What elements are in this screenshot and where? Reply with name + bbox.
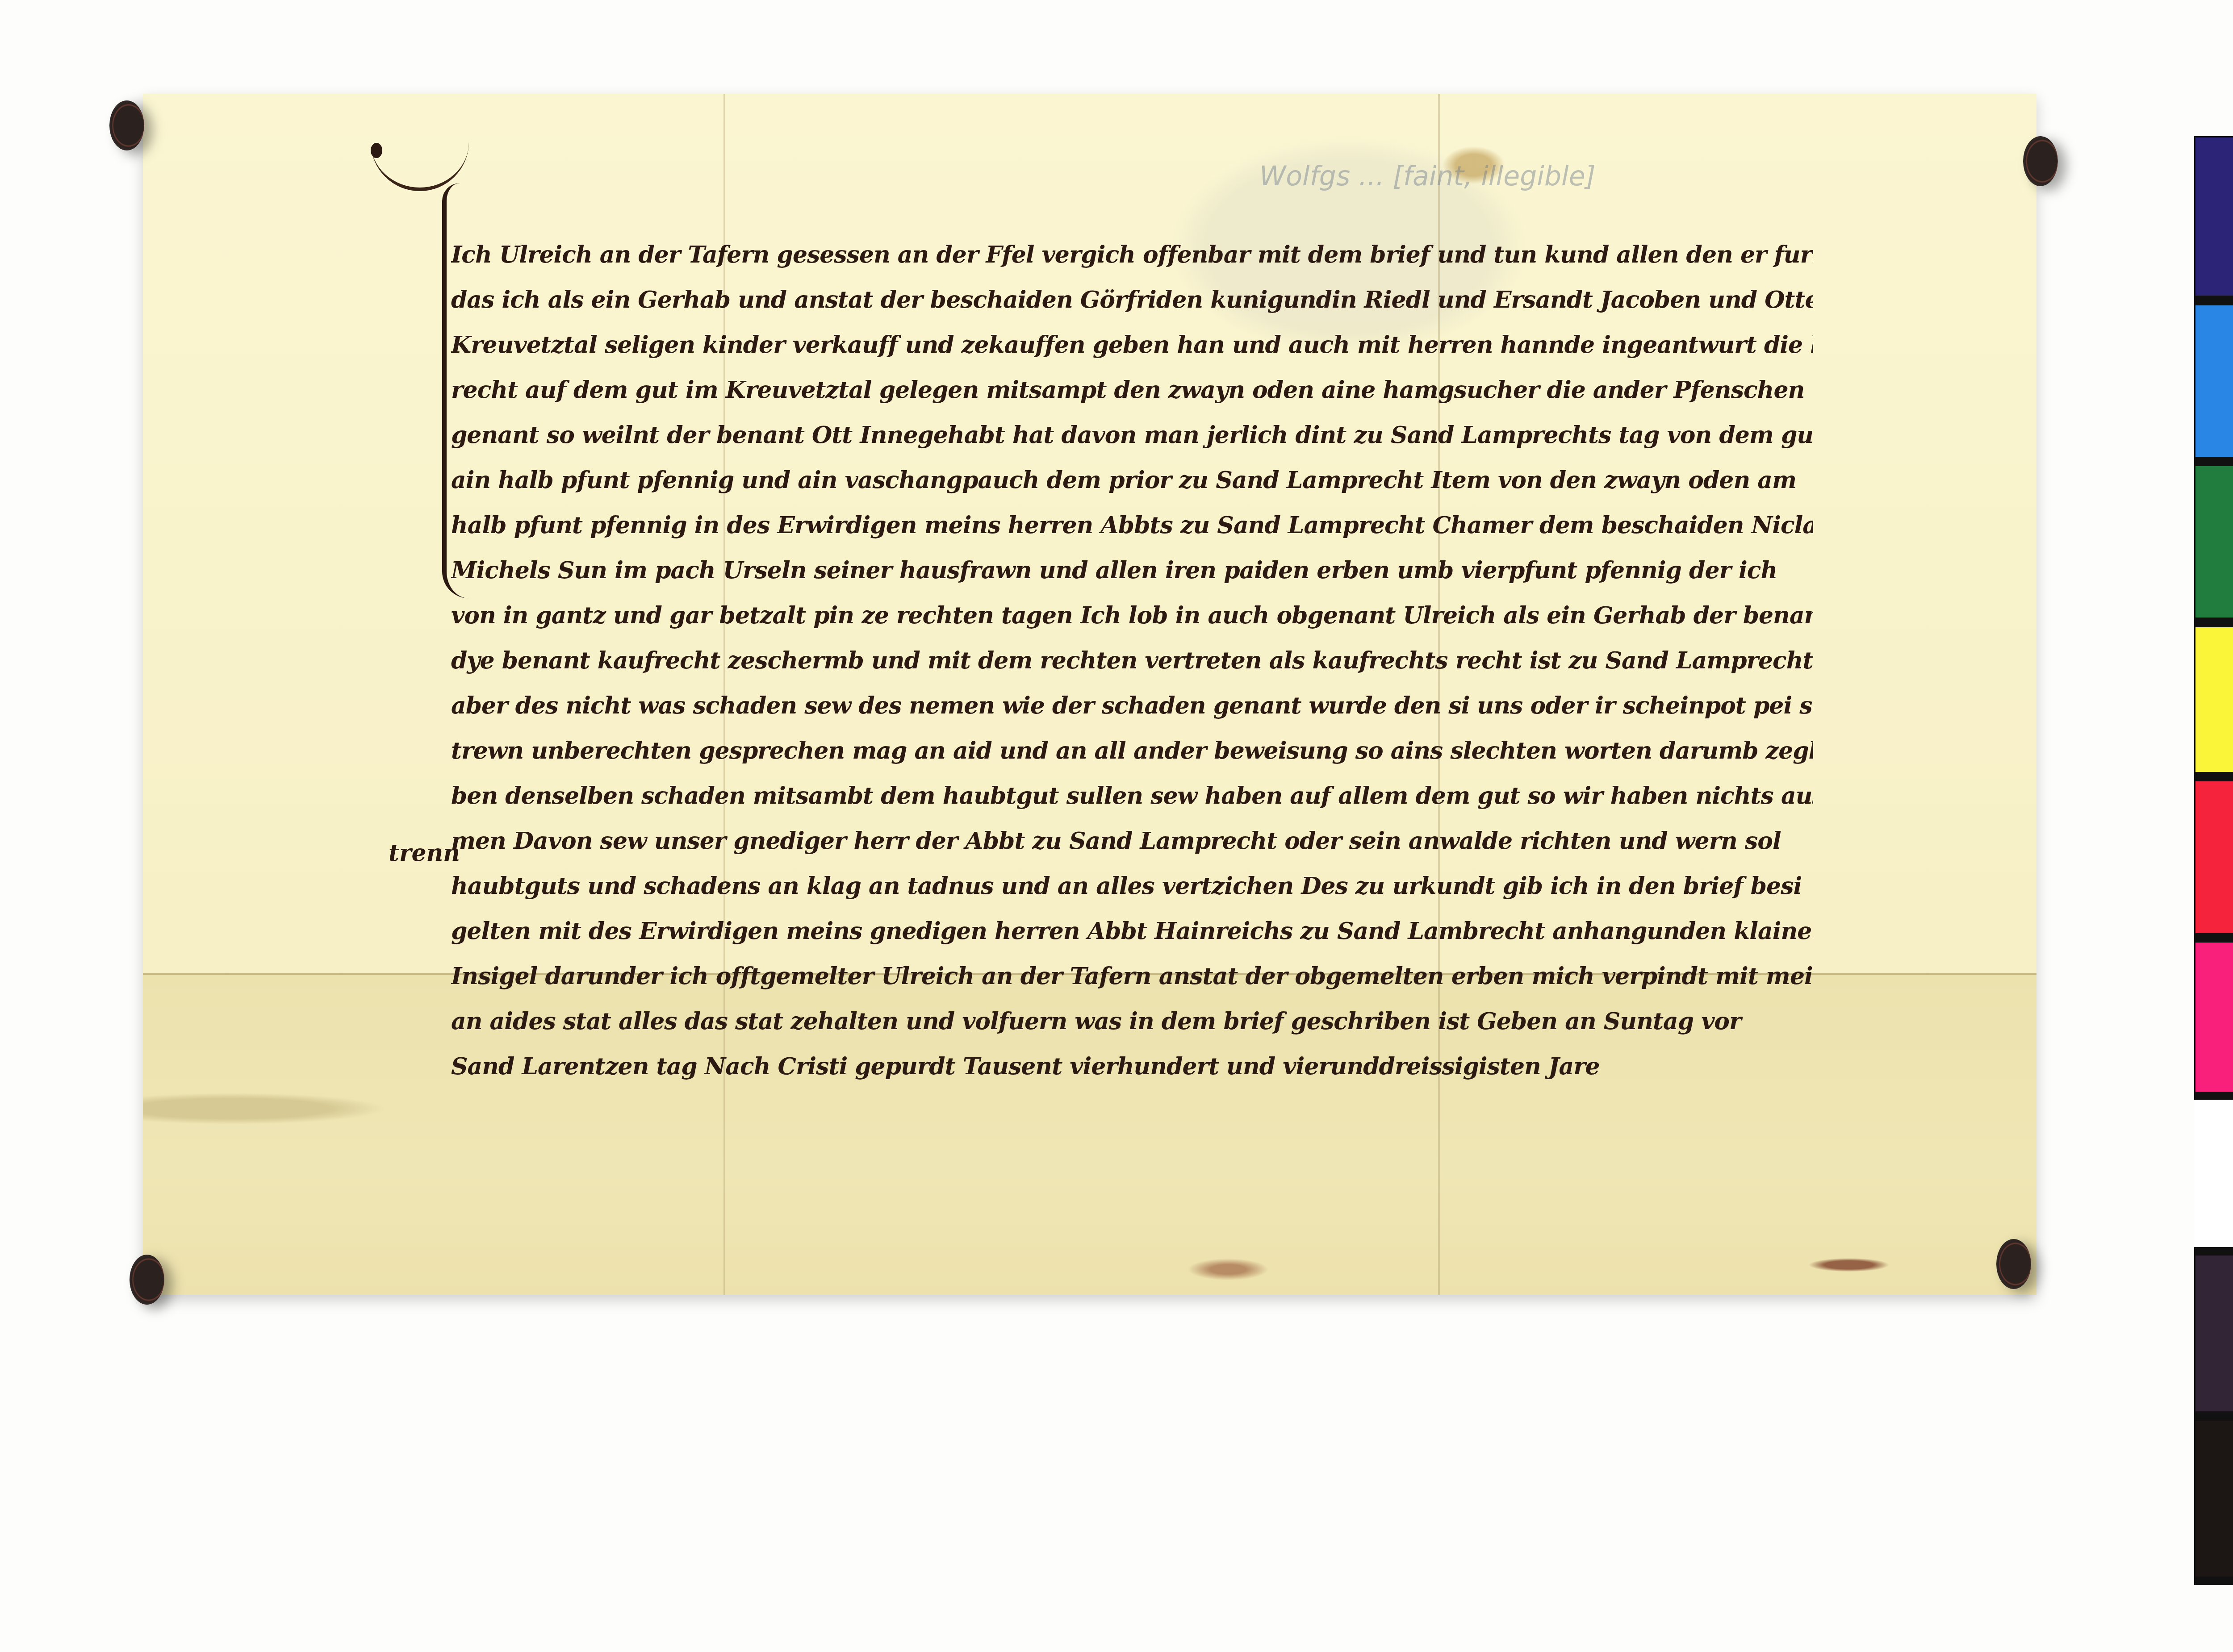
margin-word: trenn: [389, 839, 460, 867]
text-line: haubtguts und schadens an klag an tadnus…: [451, 864, 1813, 909]
swatch-red-dark: [2194, 780, 2233, 934]
text-line: von in gantz und gar betzalt pin ze rech…: [451, 593, 1813, 638]
text-line: das ich als ein Gerhab und anstat der be…: [451, 277, 1813, 322]
color-calibration-chart: Blue Cyan Green Yellow Red Magenta White…: [2194, 136, 2233, 1587]
swatch-green-dark: [2194, 465, 2233, 619]
swatch-3color-dark: [2194, 1254, 2233, 1413]
text-line: Insigel darunder ich offtgemelter Ulreic…: [451, 954, 1813, 999]
text-line: trewn unberechten gesprechen mag an aid …: [451, 728, 1813, 773]
text-line: men Davon sew unser gnediger herr der Ab…: [451, 818, 1813, 864]
swatch-magenta-dark: [2194, 941, 2233, 1093]
text-line: gelten mit des Erwirdigen meins gnedigen…: [451, 909, 1813, 954]
text-line: an aides stat alles das stat zehalten un…: [451, 999, 1813, 1044]
swatch-cyan-dark: [2194, 304, 2233, 458]
swatch-white: [2194, 1100, 2233, 1247]
magnet-bottom-right: [1996, 1239, 2031, 1289]
magnet-top-right: [2023, 136, 2058, 186]
text-line: recht auf dem gut im Kreuvetztal gelegen…: [451, 367, 1813, 413]
text-line: Michels Sun im pach Urseln seiner hausfr…: [451, 548, 1813, 593]
charter-text: Ich Ulreich an der Tafern gesessen an de…: [451, 232, 1813, 1089]
text-line: genant so weilnt der benant Ott Innegeha…: [451, 413, 1813, 458]
text-line: Sand Larentzen tag Nach Cristi gepurdt T…: [451, 1044, 1813, 1089]
magnet-top-left: [109, 100, 144, 150]
text-line: aber des nicht was schaden sew des nemen…: [451, 683, 1813, 728]
pencil-annotation: Wolfgs ... [faint, illegible]: [1259, 161, 1596, 192]
swatch-black-dark: [2194, 1419, 2233, 1578]
color-swatches: [2194, 136, 2233, 1585]
text-line: halb pfunt pfennig in des Erwirdigen mei…: [451, 503, 1813, 548]
text-line: Ich Ulreich an der Tafern gesessen an de…: [451, 232, 1813, 277]
text-line: ain halb pfunt pfennig und ain vaschangp…: [451, 458, 1813, 503]
swatch-yellow-dark: [2194, 626, 2233, 773]
text-line: dye benant kaufrecht zeschermb und mit d…: [451, 638, 1813, 683]
swatch-blue-dark: [2194, 136, 2233, 297]
text-line: Kreuvetztal seligen kinder verkauff und …: [451, 322, 1813, 367]
magnet-bottom-left: [130, 1255, 164, 1305]
text-line: ben denselben schaden mitsambt dem haubt…: [451, 773, 1813, 818]
